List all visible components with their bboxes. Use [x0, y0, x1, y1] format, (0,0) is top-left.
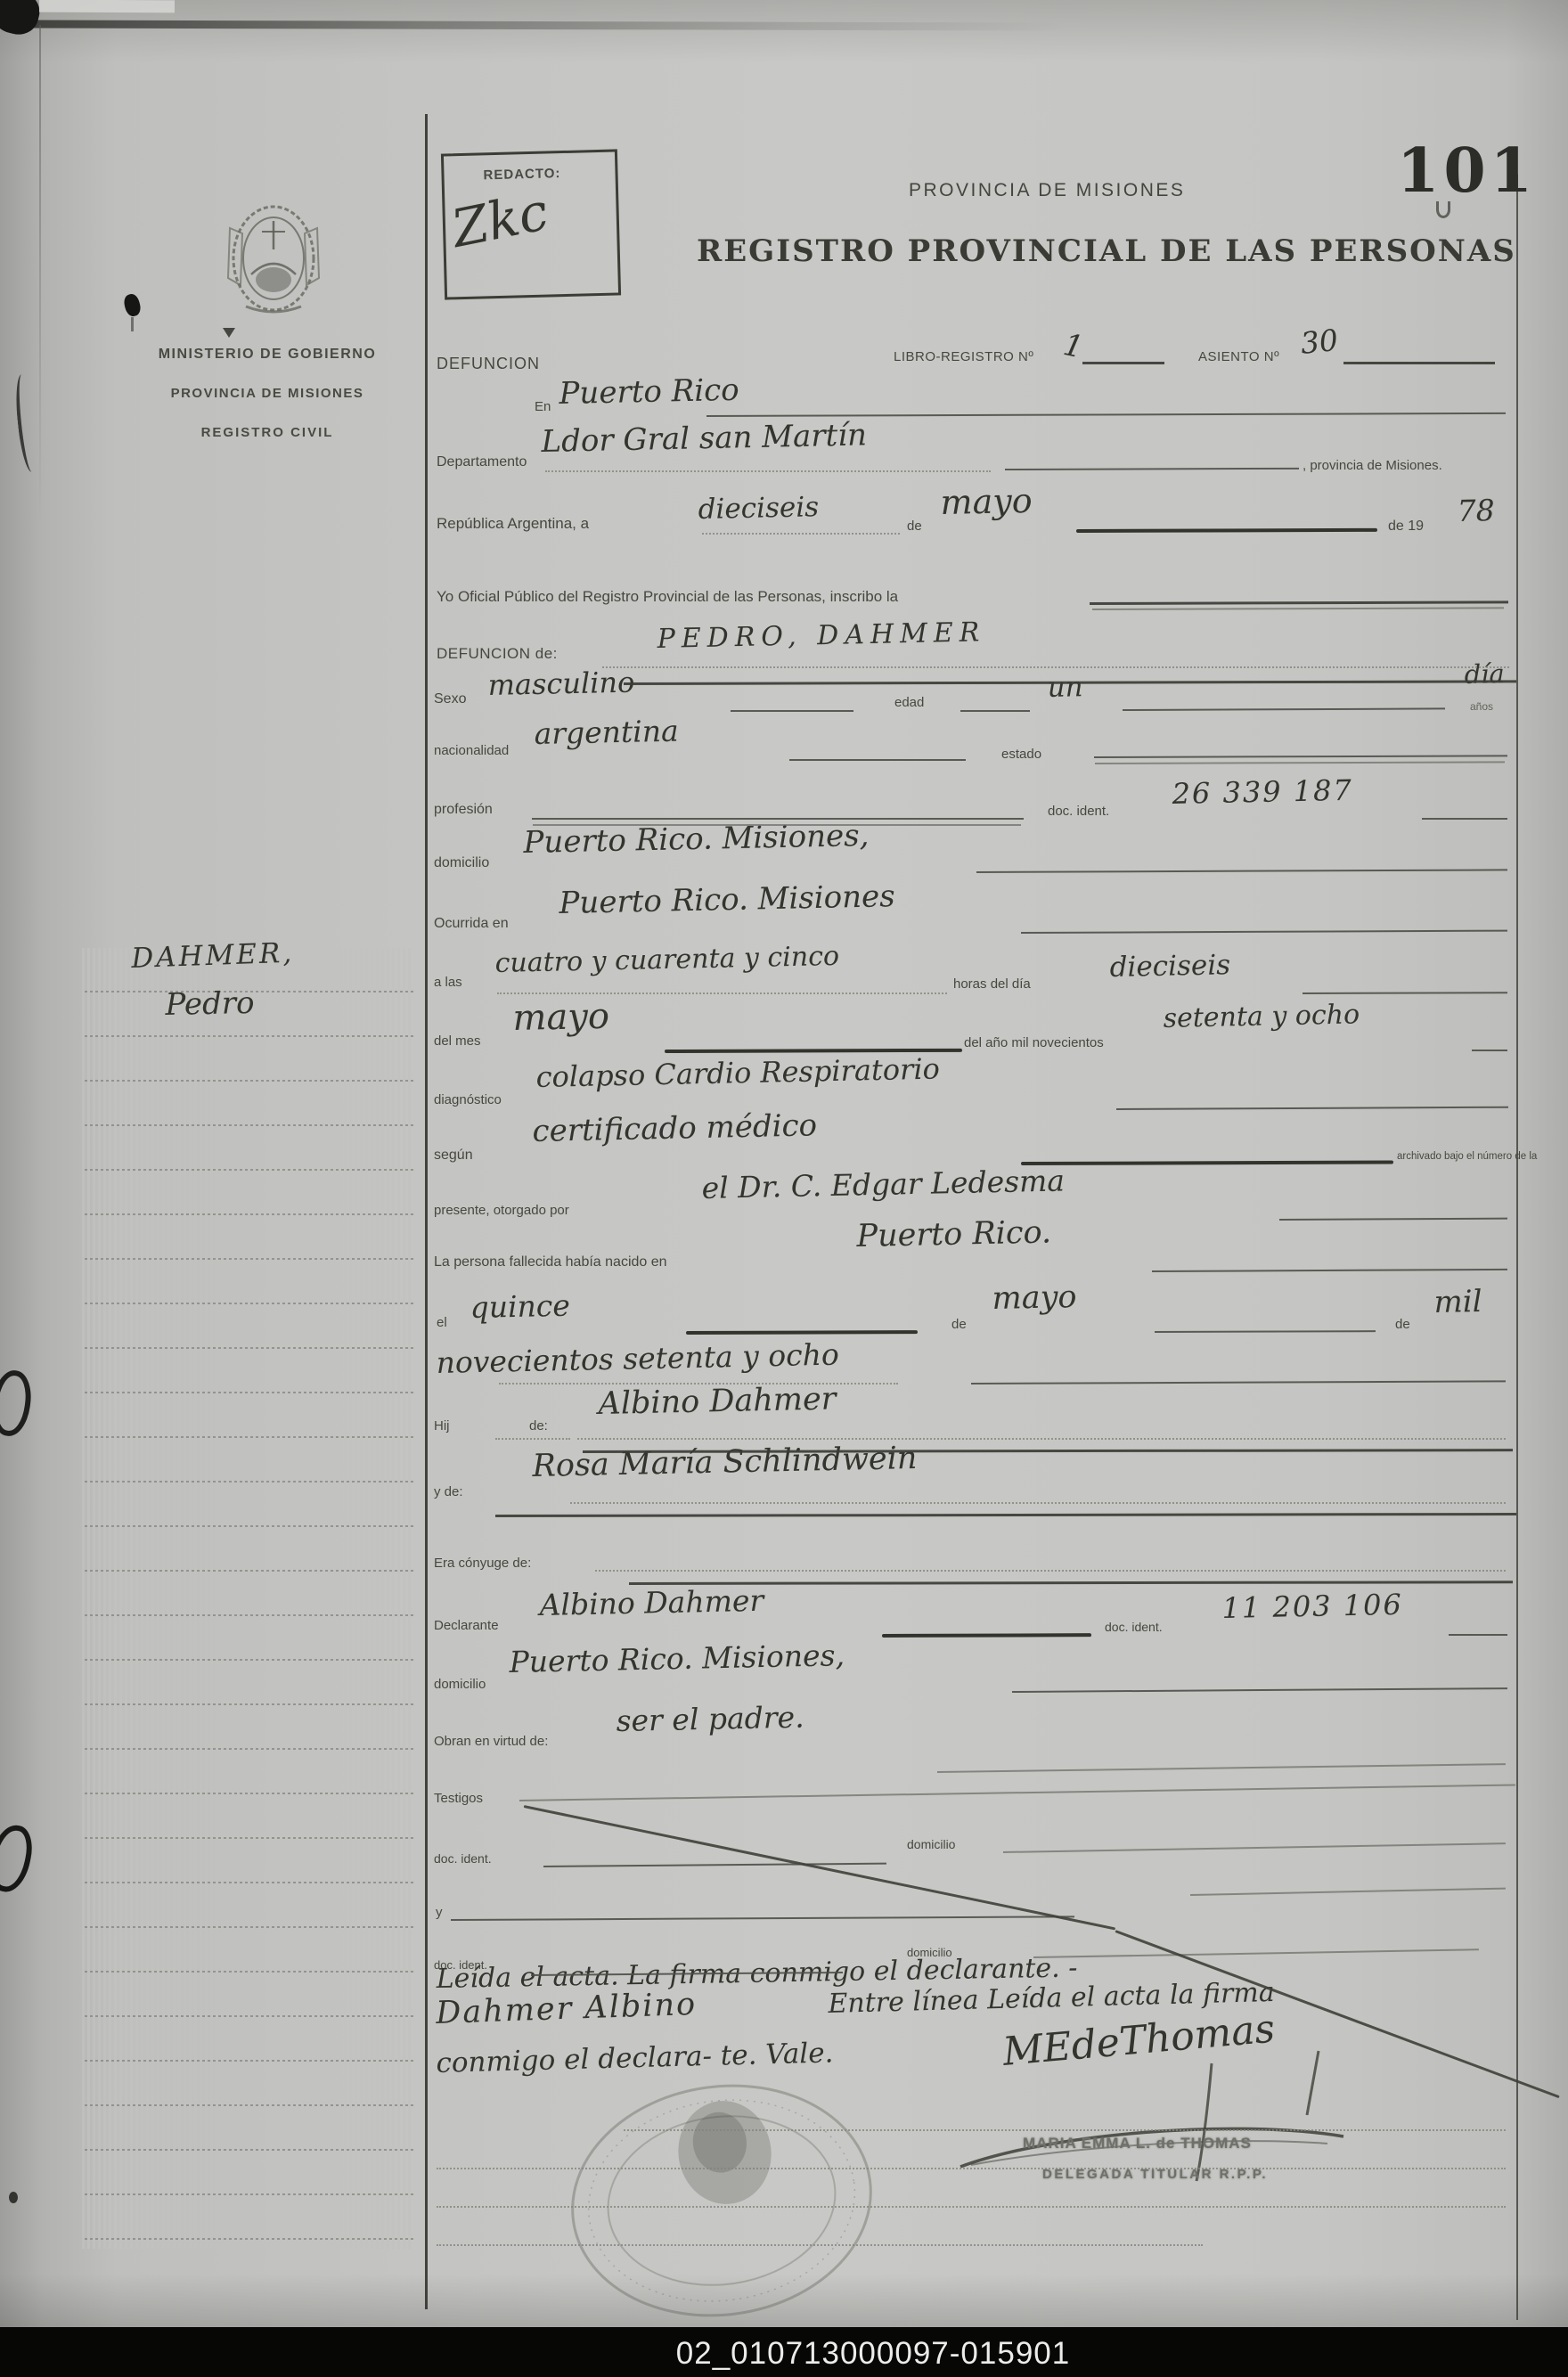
field-rule-line: [976, 869, 1507, 873]
field-rule-line: [1012, 1687, 1507, 1693]
footer-code: 02_010713000097-015901: [499, 2336, 1247, 2372]
field-rule-line: [1021, 930, 1507, 934]
nacionalidad-label: nacionalidad: [434, 743, 509, 758]
republica-label: República Argentina, a: [437, 515, 589, 533]
margin-ruled-lines: [82, 948, 413, 2249]
obran-label: Obran en virtud de:: [434, 1734, 548, 1749]
record-type-label: DEFUNCION: [437, 355, 540, 373]
margin-index-surname: DAHMER,: [131, 937, 295, 975]
declarante-label: Declarante: [434, 1618, 499, 1633]
doc-ident-label-2: doc. ident.: [1105, 1620, 1163, 1634]
field-rule-line: [437, 2244, 1203, 2246]
mother-name: Rosa María Schlindwein: [532, 1441, 918, 1484]
closing-line-3: conmigo el declara- te. Vale.: [436, 2037, 834, 2079]
del-mes-label: del mes: [434, 1033, 481, 1049]
departamento-value: Ldor Gral san Martín: [541, 417, 867, 460]
field-rule-line: [497, 992, 947, 994]
field-rule-line: [1155, 1330, 1376, 1333]
diagnostico-value: colapso Cardio Respiratorio: [535, 1052, 940, 1094]
paper-sliver: [39, 0, 175, 12]
field-rule-line: [577, 1438, 1506, 1440]
conyuge-label: Era cónyuge de:: [434, 1556, 531, 1571]
field-rule-line: [624, 2129, 1506, 2131]
field-rule-line: [533, 824, 1021, 826]
field-rule-line: [437, 2168, 1506, 2169]
form-left-border: [425, 114, 428, 2309]
nacimiento-mil-value: mil: [1433, 1284, 1482, 1320]
estado-label: estado: [1001, 747, 1041, 762]
field-rule-line: [519, 1784, 1515, 1801]
nacimiento-dia-value: quince: [470, 1288, 570, 1325]
segun-value: certificado médico: [532, 1107, 817, 1149]
field-rule-line: [731, 710, 853, 712]
field-rule-line: [1422, 818, 1507, 820]
binding-ink-dot: [9, 2192, 18, 2203]
father-name: Albino Dahmer: [598, 1381, 837, 1422]
ministry-line-2: PROVINCIA DE MISIONES: [138, 374, 396, 413]
margin-ink-blot: [122, 292, 143, 317]
doc-ident-value-2: 11 203 106: [1221, 1588, 1403, 1625]
field-rule-line: [595, 1570, 1506, 1572]
field-rule-line: [1092, 607, 1504, 609]
hij-de-label: de:: [529, 1418, 548, 1434]
oficial-line: Yo Oficial Público del Registro Provinci…: [437, 588, 898, 606]
domicilio-label-1: domicilio: [434, 855, 489, 871]
diagnostico-label: diagnóstico: [434, 1092, 502, 1107]
header-registry-title: REGISTRO PROVINCIAL DE LAS PERSONAS: [697, 233, 1516, 269]
ministry-line-3: REGISTRO CIVIL: [138, 413, 396, 453]
departamento-label: Departamento: [437, 454, 527, 470]
de-label-1: de: [907, 519, 922, 534]
declarante-name: Albino Dahmer: [539, 1583, 764, 1622]
stamp-official-name: MARIA EMMA L. de THOMAS: [1023, 2135, 1252, 2152]
redacto-box: REDACTO: Zkc: [441, 149, 621, 299]
field-rule-line: [1303, 992, 1507, 994]
field-rule-line: [702, 533, 900, 535]
archivado-label: archivado bajo el número de la: [1397, 1151, 1522, 1162]
de-label-3: de: [1395, 1317, 1410, 1332]
field-rule-line: [545, 470, 991, 472]
ministry-line-1: MINISTERIO DE GOBIERNO: [138, 335, 396, 374]
field-rule-line: [686, 1330, 918, 1335]
de-label-2: de: [951, 1317, 967, 1332]
ocurrida-value: Puerto Rico. Misiones: [559, 878, 895, 921]
field-rule-line: [1082, 362, 1164, 364]
field-rule-line: [971, 1380, 1506, 1385]
nacionalidad-value: argentina: [534, 714, 679, 751]
field-rule-line: [1033, 1948, 1479, 1957]
redacto-initials: Zkc: [446, 181, 552, 259]
field-rule-line: [583, 1449, 1513, 1453]
edad-label: edad: [894, 695, 924, 710]
field-rule-line: [1095, 761, 1505, 764]
field-rule-line: [1094, 755, 1507, 758]
domicilio-label-3: domicilio: [907, 1837, 955, 1851]
hora-value: cuatro y cuarenta y cinco: [494, 941, 839, 979]
field-rule-line: [451, 1915, 1074, 1921]
field-rule-line: [543, 1863, 886, 1867]
field-rule-line: [706, 413, 1506, 417]
field-rule-line: [1279, 1218, 1507, 1221]
departamento-suffix: , provincia de Misiones.: [1303, 458, 1442, 473]
year-printed-label: de 19: [1388, 519, 1424, 535]
ministry-block: MINISTERIO DE GOBIERNO PROVINCIA DE MISI…: [138, 335, 396, 453]
binding-mark-bracket: [12, 373, 40, 472]
edad-value: un: [1047, 671, 1083, 704]
horas-del-dia-label: horas del día: [953, 976, 1031, 992]
field-rule-line: [602, 666, 1509, 668]
nacido-label: La persona fallecida había nacido en: [434, 1254, 667, 1270]
defuncion-de-label: DEFUNCION de:: [437, 645, 558, 663]
binding-shadow-top-crease: [0, 20, 1069, 30]
nacimiento-mes-value: mayo: [992, 1279, 1077, 1317]
medico-value: el Dr. C. Edgar Ledesma: [701, 1163, 1065, 1205]
field-rule-line: [1472, 1050, 1507, 1051]
field-rule-line: [960, 710, 1030, 712]
y-label: y: [436, 1905, 443, 1920]
el-label: el: [437, 1315, 447, 1330]
margin-arrow-mark: [223, 328, 235, 338]
asiento-label: ASIENTO Nº: [1198, 349, 1279, 364]
edad-unit-printed: años: [1470, 700, 1493, 713]
nacido-value: Puerto Rico.: [856, 1214, 1051, 1254]
margin-ink-streak: [131, 317, 134, 331]
field-rule-line: [789, 759, 966, 761]
field-rule-line: [882, 1633, 1091, 1638]
binding-ink-loop-1: [0, 1368, 35, 1438]
provincial-crest: [219, 198, 328, 323]
presente-label: presente, otorgado por: [434, 1203, 569, 1218]
left-crease-line: [39, 25, 41, 524]
margin-index-given-name: Pedro: [165, 985, 255, 1023]
form-right-border: [1516, 175, 1518, 2320]
field-rule-line: [1123, 707, 1445, 711]
mes-value: mayo: [512, 996, 609, 1039]
field-rule-line: [1190, 1888, 1506, 1896]
header-province: PROVINCIA DE MISIONES: [909, 180, 1185, 201]
binding-ink-loop-2: [0, 1821, 37, 1895]
doc-ident-value-1: 26 339 187: [1172, 773, 1353, 811]
field-rule-line: [437, 2206, 1506, 2208]
asiento-value: 30: [1299, 323, 1340, 361]
field-rule-line: [495, 1438, 570, 1440]
field-rule-line: [937, 1763, 1506, 1772]
field-rule-line: [629, 1581, 1513, 1585]
profesion-label: profesión: [434, 802, 493, 818]
sexo-label: Sexo: [434, 691, 466, 707]
scanned-death-certificate: MINISTERIO DE GOBIERNO PROVINCIA DE MISI…: [0, 0, 1568, 2377]
field-rule-line: [1116, 1107, 1508, 1110]
deceased-name: PEDRO, DAHMER: [657, 617, 985, 655]
field-rule-line: [1021, 1161, 1393, 1165]
field-rule-line: [1003, 1842, 1506, 1852]
year-value: 78: [1457, 493, 1495, 528]
domicilio-value-2: Puerto Rico. Misiones,: [509, 1638, 845, 1679]
edad-unit-handwritten: día: [1464, 658, 1505, 690]
field-rule-line: [499, 1383, 898, 1385]
dia-value: dieciseis: [1109, 949, 1230, 984]
page-number-mark: [1436, 201, 1450, 218]
alas-label: a las: [434, 975, 462, 990]
y-de-label: y de:: [434, 1484, 463, 1499]
date-month-value: mayo: [940, 481, 1033, 522]
libro-registro-value: 1: [1060, 327, 1086, 366]
field-rule-line: [532, 818, 1024, 820]
date-day-value: dieciseis: [698, 491, 819, 526]
libro-registro-label: LIBRO-REGISTRO Nº: [894, 349, 1033, 364]
field-rule-line: [1343, 362, 1495, 364]
place-value: Puerto Rico: [559, 372, 739, 412]
domicilio-label-2: domicilio: [434, 1677, 486, 1692]
anio-label: del año mil novecientos: [964, 1035, 1104, 1050]
en-label: En: [535, 399, 551, 414]
corner-ink-blot: [0, 0, 44, 39]
segun-label: según: [434, 1148, 473, 1164]
ocurrida-label: Ocurrida en: [434, 916, 509, 932]
round-seal-stamp: [557, 2080, 886, 2325]
field-rule-line: [1005, 468, 1299, 470]
doc-ident-label-1: doc. ident.: [1048, 804, 1109, 819]
sexo-value: masculino: [487, 666, 634, 702]
testigos-label: Testigos: [434, 1791, 483, 1806]
hij-label: Hij: [434, 1418, 450, 1434]
field-rule-line: [1152, 1269, 1507, 1272]
anio-value: setenta y ocho: [1163, 999, 1360, 1034]
doc-ident-label-3: doc. ident.: [434, 1851, 492, 1866]
field-rule-line: [1090, 600, 1508, 605]
field-rule-line: [1076, 528, 1377, 533]
field-rule-line: [495, 1513, 1516, 1517]
nacimiento-anio-continuacion: novecientos setenta y ocho: [436, 1337, 839, 1380]
redacto-label: REDACTO:: [483, 166, 560, 183]
cross-out-stroke: [524, 1805, 1115, 1930]
obran-value: ser el padre.: [616, 1700, 804, 1738]
field-rule-line: [1449, 1634, 1507, 1636]
field-rule-line: [570, 1502, 1506, 1504]
page-number: 101: [1397, 135, 1537, 207]
